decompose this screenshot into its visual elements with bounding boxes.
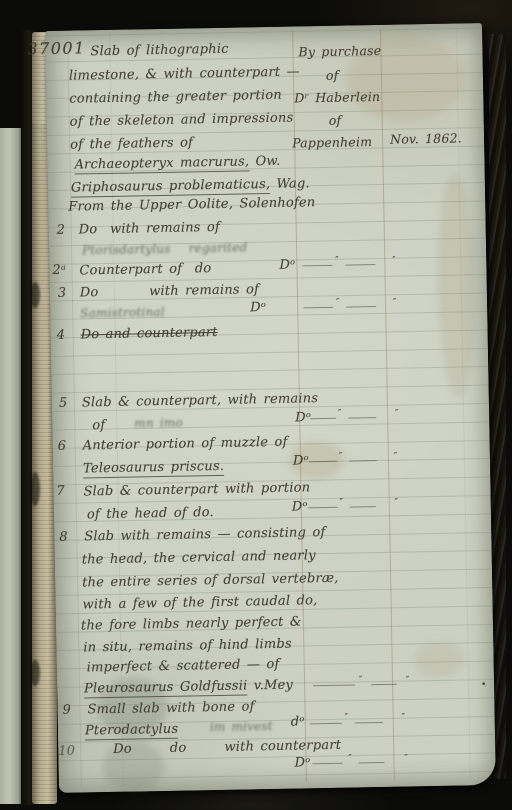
species-name: Pleurosaurus Goldfussii xyxy=(84,678,248,698)
ditto-mark: ″ xyxy=(392,257,397,266)
ditto-mark: ″ xyxy=(336,299,341,308)
species-name-line: Pterodactylus xyxy=(85,723,179,738)
entry-number: 5 xyxy=(59,397,68,410)
species-name-line: Teleosaurus priscus. xyxy=(83,460,224,476)
entry-number: 7 xyxy=(56,485,65,498)
description-line: of xyxy=(92,419,105,432)
ditto-mark: ″ xyxy=(348,755,353,764)
acquisition-line: Dʳ Haberlein xyxy=(294,91,380,105)
ditto-do: Dᵒ xyxy=(279,259,295,272)
entry-number: 4 xyxy=(57,329,66,342)
entry-number: 3 xyxy=(58,287,67,300)
description-line: Counterpart of do xyxy=(79,262,211,277)
description-line: Do with remains of xyxy=(79,221,221,237)
fore-edge-notch xyxy=(30,472,40,506)
acquisition-line: of xyxy=(329,115,342,128)
species-authority: Ow. xyxy=(249,154,281,170)
ditto-mark: ″ xyxy=(338,410,343,419)
acquisition-line: Pappenheim xyxy=(292,136,372,150)
ditto-mark: ″ xyxy=(394,453,399,462)
description-line: Slab & counterpart with portion xyxy=(83,481,310,498)
description-line: Do with remains of xyxy=(80,283,259,299)
description-line: containing the greater portion xyxy=(69,89,282,106)
ditto-mark: ″ xyxy=(345,714,350,723)
acquisition-date: Nov. 1862. xyxy=(390,132,462,146)
ditto-mark: ″ xyxy=(395,499,400,508)
species-authority: v.Mey xyxy=(247,678,293,694)
species-name: Archaeopteryx macrurus, xyxy=(74,154,249,174)
acquisition-line: By purchase xyxy=(298,45,381,59)
ditto-do: Dᵒ xyxy=(294,756,310,769)
erased-line: mn imo xyxy=(134,417,183,430)
entry-number: 8 xyxy=(59,531,68,544)
ditto-do: dᵒ xyxy=(291,715,305,728)
ditto-mark: ″ xyxy=(404,755,409,764)
species-name: Teleosaurus priscus. xyxy=(83,459,224,479)
entry-number: 9 xyxy=(62,704,71,717)
description-line: in situ, remains of hind limbs xyxy=(83,638,292,655)
ditto-do: Dᵒ xyxy=(295,411,311,424)
description-line-struck: Do and counterpart xyxy=(81,326,218,342)
ditto-mark: ″ xyxy=(393,299,398,308)
description-line: the fore limbs nearly perfect & xyxy=(81,615,302,632)
ditto-mark: ″ xyxy=(395,410,400,419)
erased-line: Ptorisdartylus regarited xyxy=(82,241,247,256)
facing-page-edge xyxy=(0,128,23,804)
description-line: of the skeleton and impressions xyxy=(70,112,294,129)
species-name-line: Pleurosaurus Goldfussii v.Mey xyxy=(84,679,293,696)
description-line: of the head of do. xyxy=(87,506,214,521)
acquisition-line: of xyxy=(326,70,339,83)
description-line: of the feathers of xyxy=(70,136,193,151)
ditto-do: Dᵒ xyxy=(292,500,308,513)
register-page: 37001 Slab of lithographic limestone, & … xyxy=(45,23,496,793)
erased-line: Samistrotinal xyxy=(80,306,165,320)
ditto-mark: ″ xyxy=(406,676,411,685)
fore-edge-notch xyxy=(30,660,40,686)
ditto-mark: ″ xyxy=(339,453,344,462)
entry-number: 2ᵃ xyxy=(52,264,66,277)
species-authority: Wag. xyxy=(270,176,310,192)
entry-number: 10 xyxy=(58,745,75,758)
description-line: Anterior portion of muzzle of xyxy=(83,436,288,453)
species-name-line: Archaeopteryx macrurus, Ow. xyxy=(74,155,280,172)
ditto-mark: ″ xyxy=(402,714,407,723)
entry-number: 6 xyxy=(58,440,67,453)
ink-spot: • xyxy=(481,681,487,690)
entry-number: 2 xyxy=(57,224,66,237)
ditto-mark: ″ xyxy=(359,676,364,685)
description-line: Slab of lithographic xyxy=(90,43,228,59)
erased-line: im mivest xyxy=(210,720,273,733)
ditto-mark: ″ xyxy=(335,257,340,266)
fore-edge-notch xyxy=(30,282,40,308)
description-line: Do do with counterpart xyxy=(113,739,341,756)
description-line: imperfect & scattered — of xyxy=(87,658,280,675)
ditto-mark: ″ xyxy=(340,499,345,508)
species-name: Pterodactylus xyxy=(85,722,179,741)
entry-number: 37001 xyxy=(27,40,86,57)
register-photo: 37001 Slab of lithographic limestone, & … xyxy=(0,0,512,810)
ditto-do: Dᵒ xyxy=(250,301,266,314)
description-line: Small slab with bone of xyxy=(87,700,254,716)
ditto-do: Dᵒ xyxy=(293,454,309,467)
